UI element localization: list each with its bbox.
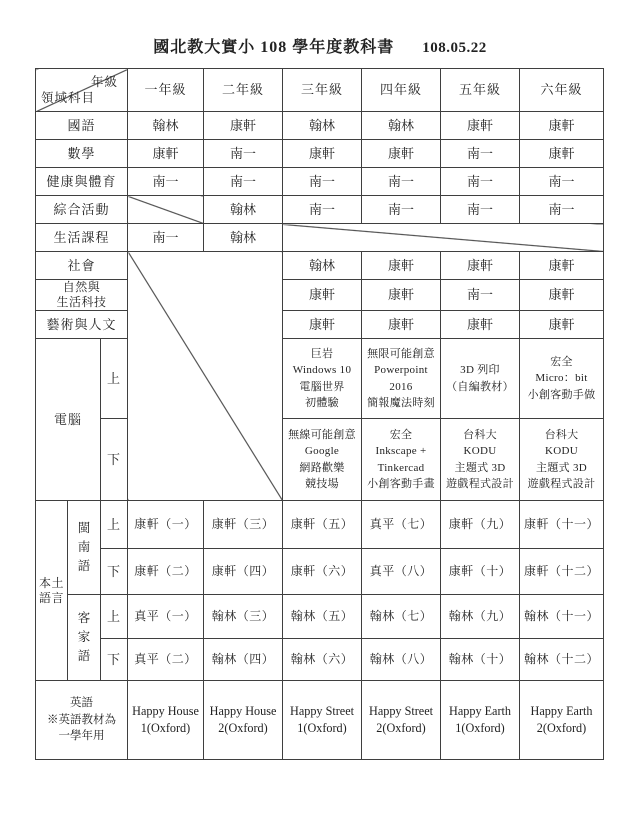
integrated-label: 綜合活動 xyxy=(36,196,128,224)
cell-health-g6: 南一 xyxy=(520,168,604,196)
document-title: 國北教大實小 108 學年度教科書 xyxy=(153,34,394,57)
arts-label: 藝術與人文 xyxy=(36,311,128,339)
minnan-lower-semester: 下 xyxy=(101,549,128,595)
cell-computer-upper-g4: 無限可能創意 Powerpoint 2016 簡報魔法時刻 xyxy=(362,339,441,419)
cell-arts-g3: 康軒 xyxy=(283,311,362,339)
computer-label: 電腦 xyxy=(36,339,101,501)
row-english: 英語 ※英語教材為 一學年用 Happy House 1(Oxford) Hap… xyxy=(36,681,604,760)
cell-computer-lower-g6: 台科大 KODU 主題式 3D 遊戲程式設計 xyxy=(520,419,604,501)
cell-science-g5: 南一 xyxy=(441,280,520,311)
life-label: 生活課程 xyxy=(36,224,128,252)
cell-math-g4: 康軒 xyxy=(362,140,441,168)
cell-mandarin-g4: 翰林 xyxy=(362,112,441,140)
cell-minnan-lower-g4: 真平（八） xyxy=(362,549,441,595)
cell-arts-g4: 康軒 xyxy=(362,311,441,339)
hakka-label: 客家語 xyxy=(68,595,101,681)
cell-life-g2: 翰林 xyxy=(204,224,283,252)
cell-mandarin-g6: 康軒 xyxy=(520,112,604,140)
header-row: 年級 領域科目 一年級 二年級 三年級 四年級 五年級 六年級 xyxy=(36,69,604,112)
mandarin-label: 國語 xyxy=(36,112,128,140)
cell-upper-grades-empty-region xyxy=(128,252,283,501)
cell-hakka-lower-g6: 翰林（十二） xyxy=(520,639,604,681)
cell-hakka-lower-g4: 翰林（八） xyxy=(362,639,441,681)
corner-grade-label: 年級 xyxy=(91,74,118,91)
document-date: 108.05.22 xyxy=(422,40,487,57)
cell-hakka-lower-g2: 翰林（四） xyxy=(204,639,283,681)
textbook-table: 年級 領域科目 一年級 二年級 三年級 四年級 五年級 六年級 國語 翰林 康軒… xyxy=(35,68,604,760)
cell-integrated-g2: 翰林 xyxy=(204,196,283,224)
grade-header-3: 三年級 xyxy=(283,69,362,112)
cell-minnan-lower-g1: 康軒（二） xyxy=(128,549,204,595)
cell-minnan-upper-g6: 康軒（十一） xyxy=(520,501,604,549)
cell-integrated-g4: 南一 xyxy=(362,196,441,224)
cell-integrated-g5: 南一 xyxy=(441,196,520,224)
grade-header-5: 五年級 xyxy=(441,69,520,112)
english-label: 英語 ※英語教材為 一學年用 xyxy=(36,681,128,760)
row-computer-lower: 下 無線可能創意 Google 網路歡樂 競技場 宏全 Inkscape + T… xyxy=(36,419,604,501)
cell-math-g6: 康軒 xyxy=(520,140,604,168)
cell-arts-g5: 康軒 xyxy=(441,311,520,339)
cell-mandarin-g2: 康軒 xyxy=(204,112,283,140)
cell-english-g4: Happy Street 2(Oxford) xyxy=(362,681,441,760)
row-math: 數學 康軒 南一 康軒 康軒 南一 康軒 xyxy=(36,140,604,168)
cell-english-g6: Happy Earth 2(Oxford) xyxy=(520,681,604,760)
cell-mandarin-g5: 康軒 xyxy=(441,112,520,140)
grade-header-4: 四年級 xyxy=(362,69,441,112)
cell-health-g2: 南一 xyxy=(204,168,283,196)
cell-math-g5: 南一 xyxy=(441,140,520,168)
cell-science-g4: 康軒 xyxy=(362,280,441,311)
computer-upper-semester: 上 xyxy=(101,339,128,419)
cell-health-g5: 南一 xyxy=(441,168,520,196)
cell-hakka-upper-g4: 翰林（七） xyxy=(362,595,441,639)
cell-mandarin-g1: 翰林 xyxy=(128,112,204,140)
cell-hakka-upper-g1: 真平（一） xyxy=(128,595,204,639)
cell-life-g1: 南一 xyxy=(128,224,204,252)
document-header: 國北教大實小 108 學年度教科書 108.05.22 xyxy=(0,34,640,57)
cell-social-g4: 康軒 xyxy=(362,252,441,280)
grade-header-6: 六年級 xyxy=(520,69,604,112)
row-hakka-lower: 下 真平（二） 翰林（四） 翰林（六） 翰林（八） 翰林（十） 翰林（十二） xyxy=(36,639,604,681)
cell-science-g3: 康軒 xyxy=(283,280,362,311)
cell-hakka-upper-g3: 翰林（五） xyxy=(283,595,362,639)
cell-english-g2: Happy House 2(Oxford) xyxy=(204,681,283,760)
hakka-upper-semester: 上 xyxy=(101,595,128,639)
cell-english-g5: Happy Earth 1(Oxford) xyxy=(441,681,520,760)
cell-minnan-lower-g3: 康軒（六） xyxy=(283,549,362,595)
row-computer-upper: 電腦 上 巨岩 Windows 10 電腦世界 初體驗 無限可能創意 Power… xyxy=(36,339,604,419)
row-health-pe: 健康與體育 南一 南一 南一 南一 南一 南一 xyxy=(36,168,604,196)
cell-integrated-g3: 南一 xyxy=(283,196,362,224)
row-arts: 藝術與人文 康軒 康軒 康軒 康軒 xyxy=(36,311,604,339)
corner-subject-label: 領域科目 xyxy=(41,90,95,107)
cell-math-g3: 康軒 xyxy=(283,140,362,168)
row-life: 生活課程 南一 翰林 xyxy=(36,224,604,252)
cell-integrated-g6: 南一 xyxy=(520,196,604,224)
social-label: 社會 xyxy=(36,252,128,280)
cell-hakka-upper-g2: 翰林（三） xyxy=(204,595,283,639)
cell-hakka-lower-g5: 翰林（十） xyxy=(441,639,520,681)
cell-minnan-lower-g5: 康軒（十） xyxy=(441,549,520,595)
grade-header-2: 二年級 xyxy=(204,69,283,112)
computer-lower-semester: 下 xyxy=(101,419,128,501)
cell-arts-g6: 康軒 xyxy=(520,311,604,339)
row-minnan-upper: 本土 語言 閩南語 上 康軒（一） 康軒（三） 康軒（五） 真平（七） 康軒（九… xyxy=(36,501,604,549)
cell-math-g2: 南一 xyxy=(204,140,283,168)
cell-minnan-lower-g2: 康軒（四） xyxy=(204,549,283,595)
cell-computer-upper-g3: 巨岩 Windows 10 電腦世界 初體驗 xyxy=(283,339,362,419)
cell-health-g3: 南一 xyxy=(283,168,362,196)
cell-minnan-upper-g4: 真平（七） xyxy=(362,501,441,549)
row-hakka-upper: 客家語 上 真平（一） 翰林（三） 翰林（五） 翰林（七） 翰林（九） 翰林（十… xyxy=(36,595,604,639)
grade-header-1: 一年級 xyxy=(128,69,204,112)
row-mandarin: 國語 翰林 康軒 翰林 翰林 康軒 康軒 xyxy=(36,112,604,140)
cell-computer-upper-g6: 宏全 Micro：bit 小創客動手做 xyxy=(520,339,604,419)
cell-english-g1: Happy House 1(Oxford) xyxy=(128,681,204,760)
science-label: 自然與 生活科技 xyxy=(36,280,128,311)
cell-hakka-upper-g6: 翰林（十一） xyxy=(520,595,604,639)
cell-minnan-upper-g2: 康軒（三） xyxy=(204,501,283,549)
minnan-label: 閩南語 xyxy=(68,501,101,595)
row-social: 社會 翰林 康軒 康軒 康軒 xyxy=(36,252,604,280)
corner-cell: 年級 領域科目 xyxy=(36,69,128,112)
cell-minnan-upper-g1: 康軒（一） xyxy=(128,501,204,549)
hakka-lower-semester: 下 xyxy=(101,639,128,681)
cell-social-g5: 康軒 xyxy=(441,252,520,280)
health-pe-label: 健康與體育 xyxy=(36,168,128,196)
cell-computer-upper-g5: 3D 列印 （自編教材） xyxy=(441,339,520,419)
hakka-label-text: 客家語 xyxy=(77,609,91,665)
cell-minnan-upper-g5: 康軒（九） xyxy=(441,501,520,549)
local-language-label: 本土 語言 xyxy=(36,501,68,681)
cell-math-g1: 康軒 xyxy=(128,140,204,168)
minnan-label-text: 閩南語 xyxy=(77,519,91,575)
row-science: 自然與 生活科技 康軒 康軒 南一 康軒 xyxy=(36,280,604,311)
math-label: 數學 xyxy=(36,140,128,168)
cell-minnan-lower-g6: 康軒（十二） xyxy=(520,549,604,595)
cell-computer-lower-g3: 無線可能創意 Google 網路歡樂 競技場 xyxy=(283,419,362,501)
cell-social-g6: 康軒 xyxy=(520,252,604,280)
cell-science-g6: 康軒 xyxy=(520,280,604,311)
cell-social-g3: 翰林 xyxy=(283,252,362,280)
cell-health-g4: 南一 xyxy=(362,168,441,196)
cell-hakka-lower-g1: 真平（二） xyxy=(128,639,204,681)
cell-english-g3: Happy Street 1(Oxford) xyxy=(283,681,362,760)
cell-hakka-upper-g5: 翰林（九） xyxy=(441,595,520,639)
cell-integrated-g1-empty xyxy=(128,196,204,224)
row-minnan-lower: 下 康軒（二） 康軒（四） 康軒（六） 真平（八） 康軒（十） 康軒（十二） xyxy=(36,549,604,595)
minnan-upper-semester: 上 xyxy=(101,501,128,549)
cell-mandarin-g3: 翰林 xyxy=(283,112,362,140)
row-integrated: 綜合活動 翰林 南一 南一 南一 南一 xyxy=(36,196,604,224)
cell-computer-lower-g5: 台科大 KODU 主題式 3D 遊戲程式設計 xyxy=(441,419,520,501)
cell-health-g1: 南一 xyxy=(128,168,204,196)
cell-life-g3to6-empty xyxy=(283,224,604,252)
cell-minnan-upper-g3: 康軒（五） xyxy=(283,501,362,549)
cell-hakka-lower-g3: 翰林（六） xyxy=(283,639,362,681)
cell-computer-lower-g4: 宏全 Inkscape + Tinkercad 小創客動手畫 xyxy=(362,419,441,501)
